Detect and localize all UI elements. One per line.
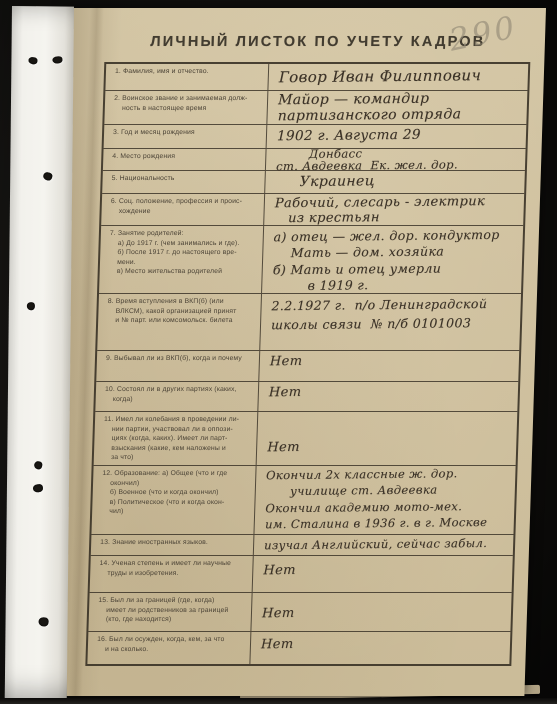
field-label: 7. Занятие родителей: а) До 1917 г. (чем… [99,226,264,293]
form-row: 8. Время вступления в ВКП(б) (или ВЛКСМ)… [97,293,521,350]
field-label: 12. Образование: а) Общее (что и где око… [91,466,256,534]
form-row: 14. Ученая степень и имеет ли научные тр… [90,555,513,592]
document-paper: ЛИЧНЫЙ ЛИСТОК ПО УЧЕТУ КАДРОВ 290 1. Фам… [42,8,546,696]
binding-strip [5,6,74,699]
field-label: 5. Национальность [102,171,266,193]
field-value-handwritten: Нет [259,350,519,383]
field-value-handwritten: Рабочий, слесарь - электрик из крестьян [264,193,524,227]
field-label: 15. Был ли за границей (где, когда) имее… [88,593,252,631]
form-row: 2. Воинское звание и занимаемая долж- но… [104,90,527,124]
punch-hole [28,57,38,65]
form-row: 16. Был ли осужден, когда, кем, за что и… [87,631,510,664]
form-row: 15. Был ли за границей (где, когда) имее… [88,592,511,631]
punch-hole [52,56,63,64]
page-number-pencil: 290 [446,9,520,58]
field-label: 10. Состоял ли в других партиях (каких, … [95,382,259,411]
field-value-handwritten: Донбасс ст. Авдеевка Ек. жел. дор. [266,144,526,172]
field-value-handwritten: Нет [252,592,512,633]
field-value-handwritten: Нет [257,411,517,467]
field-label: 4. Место рождения [103,149,267,170]
field-value-handwritten: Нет [253,555,513,594]
field-label: 11. Имел ли колебания в проведении ли- н… [94,412,259,465]
scan-bottom-edge [0,698,557,704]
field-value-handwritten: Окончил 2х классные ж. дор. училище ст. … [255,463,516,536]
field-label: 6. Соц. положение, профессия и проис- хо… [101,194,265,225]
field-value-handwritten: 2.2.1927 г. п/о Ленинградской школы связ… [261,293,521,352]
field-value-handwritten: Нет [258,381,518,413]
form-row: 13. Знание иностранных языков. изучал Ан… [91,534,514,555]
field-value-handwritten: изучал Английский, сейчас забыл. [254,534,513,557]
personnel-form-table: 1. Фамилия, имя и отчество. Говор Иван Ф… [85,62,530,666]
field-label: 3. Год и месяц рождения [104,125,268,148]
form-row: 9. Выбывал ли из ВКП(б), когда и почему … [96,350,519,381]
field-value-handwritten: а) отец — жел. дор. кондуктор Мать — дом… [262,225,522,295]
field-value-handwritten: Нет [251,631,511,666]
field-value-handwritten: Украинец [265,170,525,195]
field-label: 14. Ученая степень и имеет ли научные тр… [90,556,254,592]
form-row: 5. Национальность Украинец [102,170,525,193]
field-label: 13. Знание иностранных языков. [91,535,255,555]
scan-background: ЛИЧНЫЙ ЛИСТОК ПО УЧЕТУ КАДРОВ 290 1. Фам… [0,0,557,704]
form-row: 6. Соц. положение, профессия и проис- хо… [101,193,524,225]
punch-hole [32,484,43,493]
punch-hole [27,302,35,310]
form-row: 12. Образование: а) Общее (что и где око… [91,465,515,534]
form-row: 10. Состоял ли в других партиях (каких, … [95,381,518,411]
field-value-handwritten: Майор — командир партизанского отряда [268,88,528,126]
punch-hole [34,461,43,470]
field-label: 1. Фамилия, имя и отчество. [105,64,269,90]
punch-hole [42,171,53,181]
field-label: 16. Был ли осужден, когда, кем, за что и… [87,632,251,664]
form-row: 7. Занятие родителей: а) До 1917 г. (чем… [99,225,523,293]
form-row: 4. Место рождения Донбасс ст. Авдеевка Е… [103,148,526,170]
form-row: 11. Имел ли колебания в проведении ли- н… [94,411,518,465]
form-row: 1. Фамилия, имя и отчество. Говор Иван Ф… [105,64,528,90]
field-label: 8. Время вступления в ВКП(б) (или ВЛКСМ)… [97,294,262,350]
field-label: 2. Воинское звание и занимаемая долж- но… [104,91,268,124]
field-label: 9. Выбывал ли из ВКП(б), когда и почему [96,351,260,381]
punch-hole [38,617,49,627]
